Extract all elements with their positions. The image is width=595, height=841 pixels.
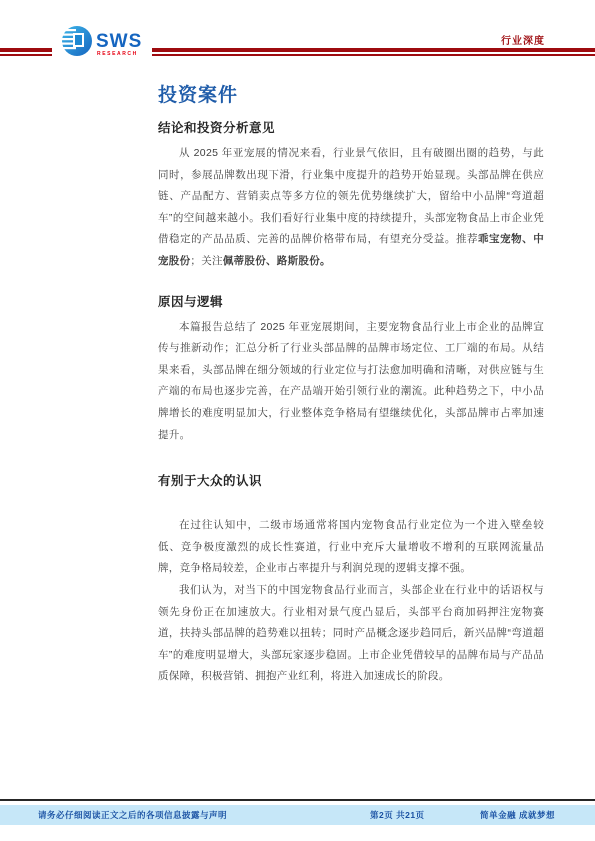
sws-globe-icon: SWS RESEARCH [60, 24, 152, 58]
report-body: 投资案件 结论和投资分析意见 从 2025 年亚宠展的情况来看，行业景气依旧，且… [158, 84, 544, 688]
report-type-label: 行业深度 [501, 32, 545, 47]
paragraph-reason-logic: 本篇报告总结了 2025 年亚宠展期间，主要宠物食品行业上市企业的品牌宣传与推新… [158, 317, 544, 447]
footer-bar: 请务必仔细阅读正文之后的各项信息披露与声明 第2页 共21页 简单金融 成就梦想 [0, 805, 595, 825]
section-heading-conclusion: 结论和投资分析意见 [158, 120, 544, 136]
footer-disclaimer-text: 请务必仔细阅读正文之后的各项信息披露与声明 [38, 805, 227, 825]
section-heading-different-view: 有别于大众的认识 [158, 473, 544, 489]
paragraph-conclusion: 从 2025 年亚宠展的情况来看，行业景气依旧，且有破圈出圈的趋势，与此同时，参… [158, 143, 544, 273]
footer-slogan-text: 简单金融 成就梦想 [480, 805, 555, 825]
footer-rule [0, 799, 595, 801]
page-title: 投资案件 [158, 84, 544, 108]
paragraph-different-view-1: 在过往认知中，二级市场通常将国内宠物食品行业定位为一个进入壁垒较低、竞争极度激烈… [158, 515, 544, 580]
paragraph-different-view-2: 我们认为，对当下的中国宠物食品行业而言，头部企业在行业中的话语权与领先身份正在加… [158, 580, 544, 688]
report-page: SWS RESEARCH 行业深度 投资案件 结论和投资分析意见 从 2025 … [0, 0, 595, 841]
logo-text-sws: SWS [96, 31, 142, 52]
footer-page-number: 第2页 共21页 [370, 805, 425, 825]
section-heading-reason-logic: 原因与逻辑 [158, 294, 544, 310]
logo-text-research: RESEARCH [97, 51, 138, 57]
sws-logo: SWS RESEARCH [60, 24, 152, 58]
